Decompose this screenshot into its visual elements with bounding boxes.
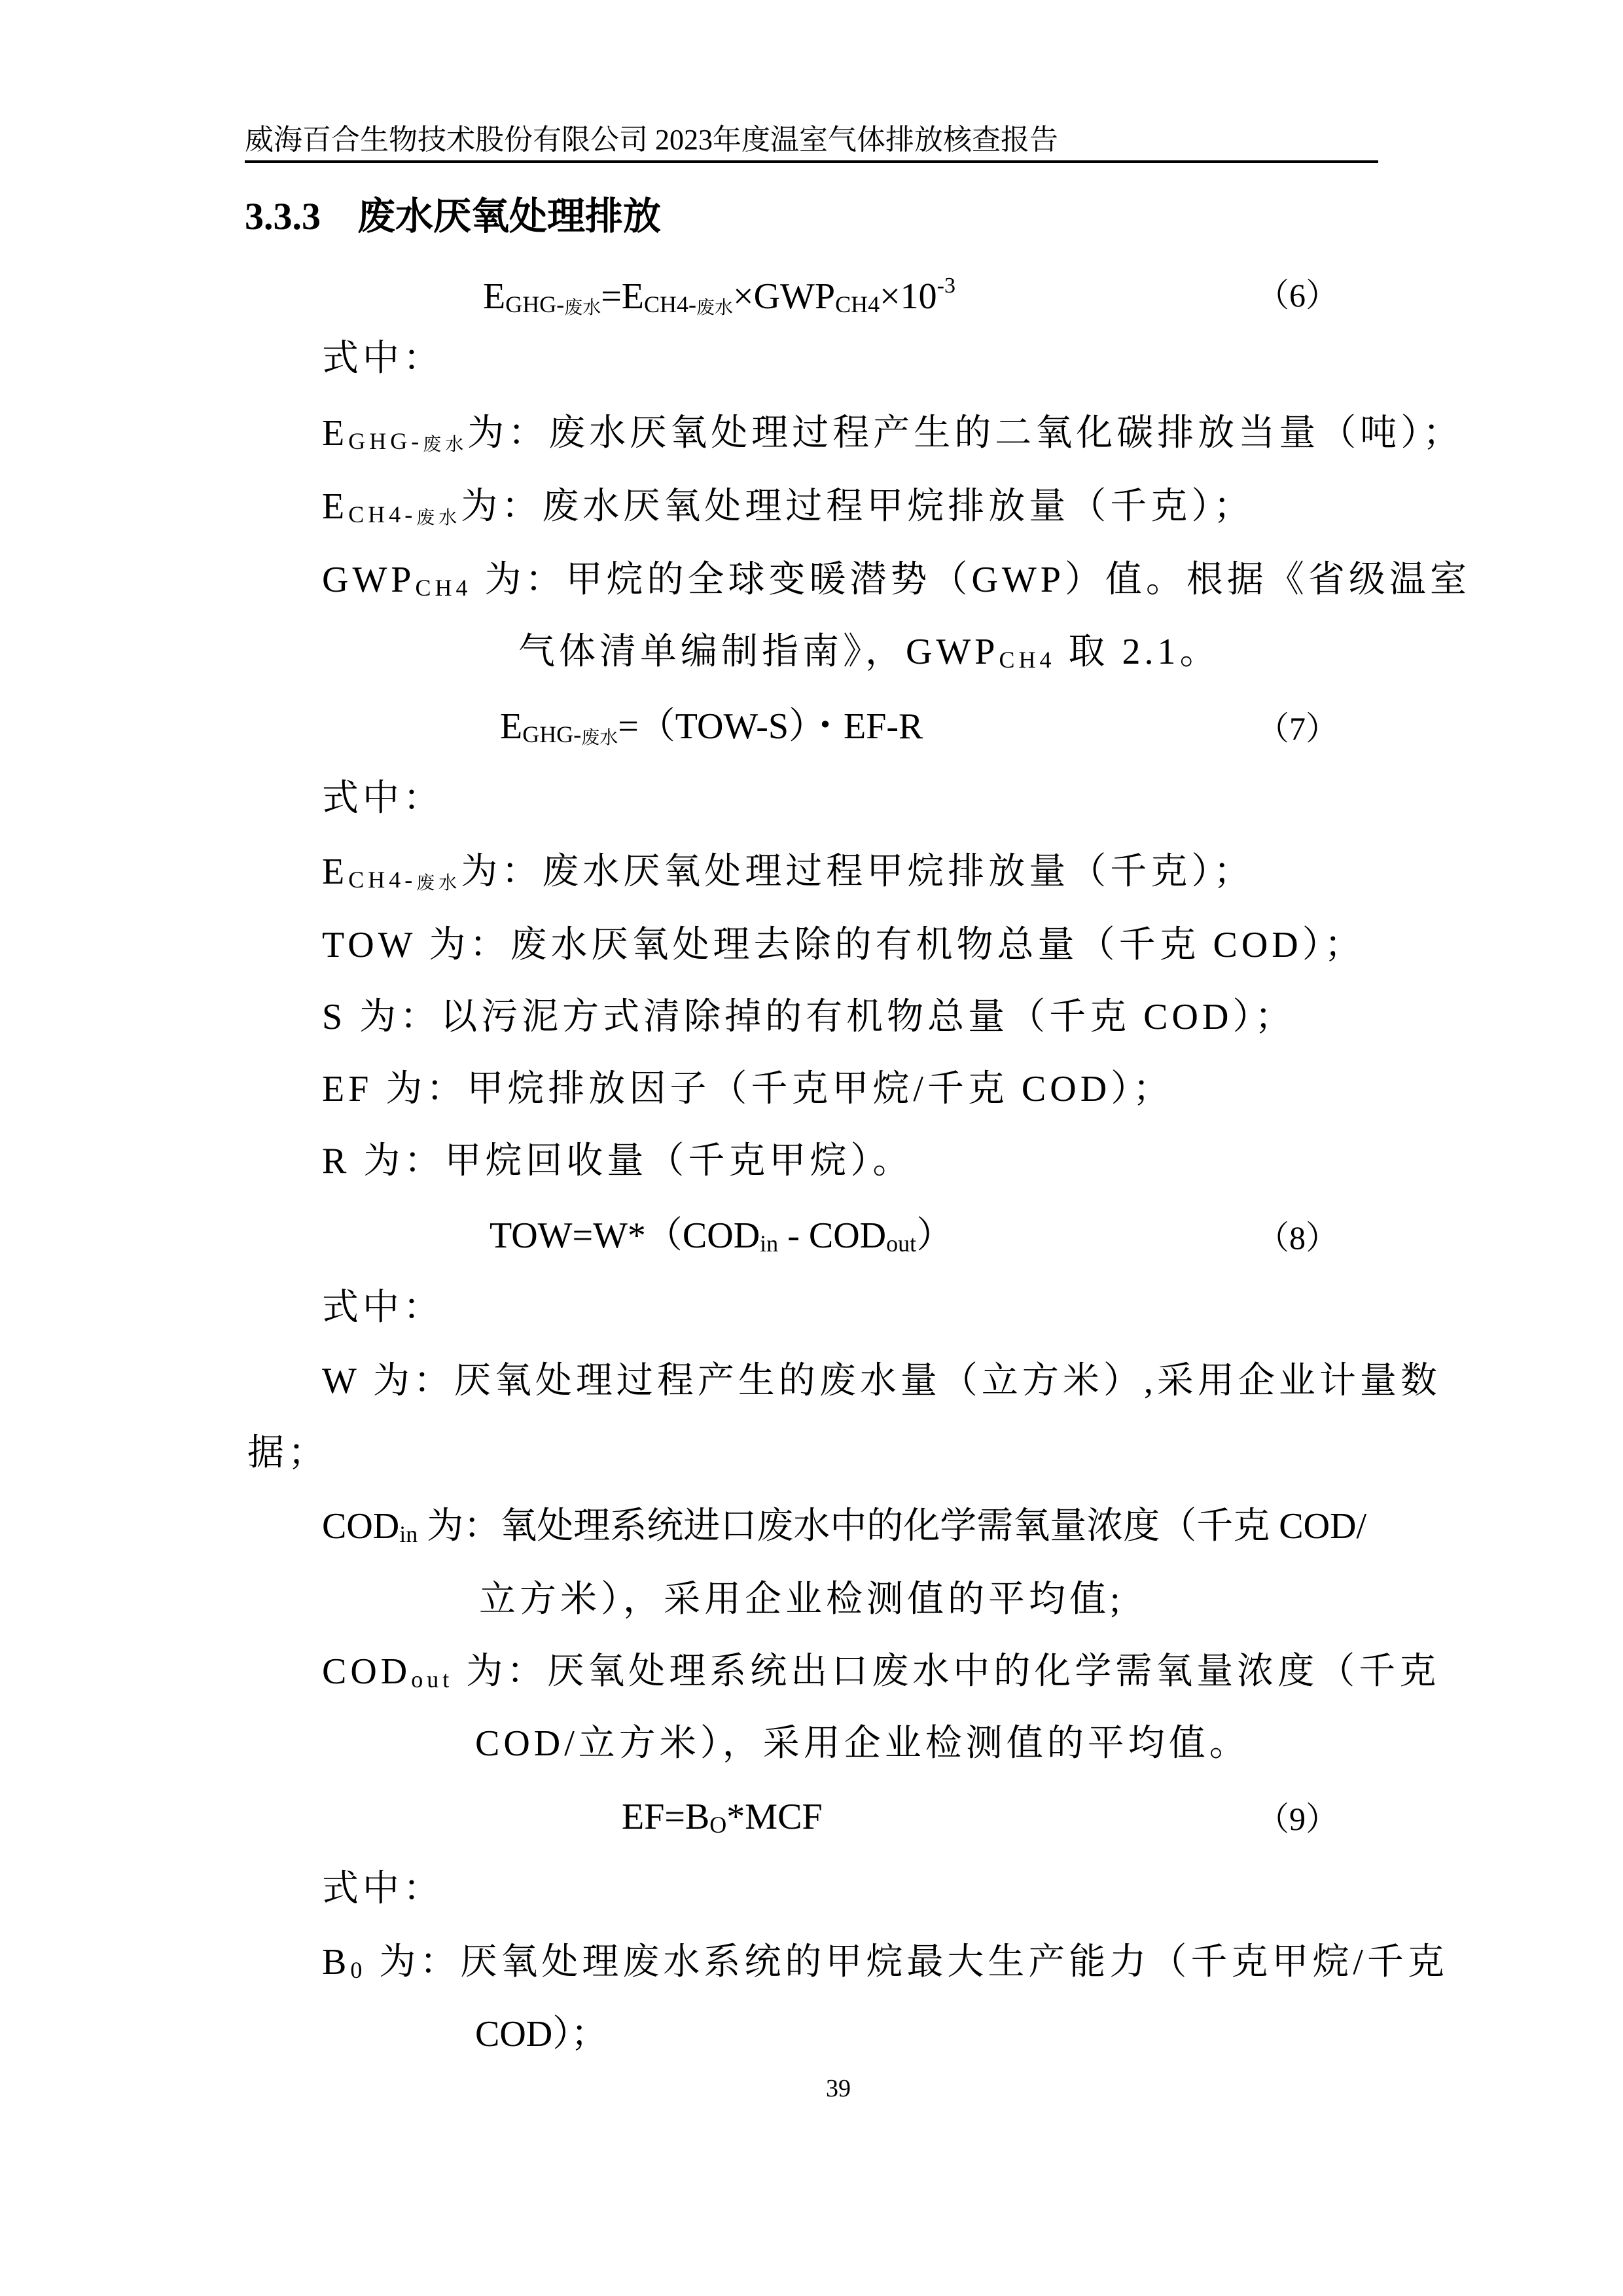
subscript: in	[760, 1230, 778, 1257]
superscript: -3	[937, 274, 955, 298]
formula-text: E	[483, 276, 505, 317]
section-title: 废水厌氧处理排放	[357, 195, 661, 238]
section-number: 3.3.3	[245, 195, 321, 238]
subscript: 0	[350, 1957, 366, 1983]
definition-b0: B0 为：厌氧处理废水系统的甲烷最大生产能力（千克甲烷/千克	[322, 1944, 1448, 1982]
definition-codin: CODin 为：氧处理系统进口废水中的化学需氧量浓度（千克 COD/	[322, 1508, 1366, 1546]
where-label: 式中：	[322, 1871, 444, 1907]
where-label: 式中：	[322, 1289, 444, 1326]
subscript: in	[399, 1521, 418, 1547]
definition-text: 气体清单编制指南》，GWP	[518, 632, 999, 672]
definition-text: 取 2.1。	[1055, 632, 1220, 672]
symbol: COD	[322, 1506, 399, 1547]
definition-eghg: EGHG-废水为：废水厌氧处理过程产生的二氧化碳排放当量（吨）；	[322, 415, 1463, 454]
where-label: 式中：	[322, 340, 444, 377]
definition-w: W 为：厌氧处理过程产生的废水量（立方米）,采用企业计量数	[322, 1363, 1441, 1399]
symbol: E	[322, 852, 348, 892]
symbol: E	[322, 486, 348, 527]
equation-number-8: （8）	[1257, 1221, 1338, 1254]
definition-text: 为：氧处理系统进口废水中的化学需氧量浓度（千克 COD/	[418, 1506, 1366, 1547]
subscript-cn: 废水	[416, 873, 461, 893]
definition-text: 为：废水厌氧处理过程甲烷排放量（千克）；	[461, 852, 1254, 892]
formula-text: ）	[916, 1215, 953, 1256]
symbol: GWP	[322, 560, 415, 600]
subscript: CH4	[835, 291, 880, 317]
formula-9: EF=BO*MCF	[622, 1799, 823, 1837]
symbol: E	[322, 413, 348, 454]
subscript: out	[886, 1230, 916, 1257]
subscript: CH4-	[348, 867, 416, 893]
formula-text: =E	[601, 276, 644, 317]
formula-text: TOW=W*（COD	[490, 1215, 760, 1256]
subscript: GHG-	[505, 291, 564, 317]
formula-6: EGHG-废水=ECH4-废水×GWPCH4×10-3	[483, 275, 955, 317]
definition-ef: EF 为：甲烷排放因子（千克甲烷/千克 COD）；	[322, 1071, 1173, 1107]
formula-text: EF=B	[622, 1797, 709, 1837]
formula-text: *MCF	[726, 1797, 822, 1837]
subscript: CH4-	[348, 501, 416, 528]
formula-text: - COD	[778, 1215, 886, 1256]
subscript-cn: 废水	[416, 508, 461, 528]
equation-number-9: （9）	[1257, 1803, 1338, 1835]
subscript-cn: 废水	[581, 728, 618, 748]
definition-text: 为：废水厌氧处理过程产生的二氧化碳排放当量（吨）；	[467, 413, 1463, 454]
subscript: CH4	[999, 647, 1055, 673]
equation-number-6: （6）	[1257, 279, 1338, 312]
subscript: GHG-	[522, 721, 581, 747]
definition-codout-continued: COD/立方米），采用企业检测值的平均值。	[475, 1725, 1250, 1762]
definition-ech4: ECH4-废水为：废水厌氧处理过程甲烷排放量（千克）；	[322, 853, 1254, 893]
subscript: O	[709, 1812, 726, 1838]
formula-8: TOW=W*（CODin - CODout）	[490, 1217, 953, 1255]
definition-b0-continued: COD）；	[475, 2016, 607, 2053]
subscript: GHG-	[348, 428, 423, 454]
subscript: out	[411, 1666, 453, 1693]
definition-ech4: ECH4-废水为：废水厌氧处理过程甲烷排放量（千克）；	[322, 488, 1254, 528]
symbol: COD	[322, 1651, 411, 1692]
definition-text: 为：废水厌氧处理过程甲烷排放量（千克）；	[461, 486, 1254, 527]
subscript: CH4-	[644, 291, 696, 317]
definition-codin-continued: 立方米），采用企业检测值的平均值;	[479, 1581, 1124, 1618]
formula-text: ×GWP	[733, 276, 835, 317]
definition-text: 为：厌氧处理废水系统的甲烷最大生产能力（千克甲烷/千克	[366, 1942, 1448, 1982]
definition-gwp: GWPCH4 为：甲烷的全球变暖潜势（GWP）值。根据《省级温室	[322, 562, 1471, 600]
subscript-cn: 废水	[423, 435, 467, 455]
formula-text: =（TOW-S）・EF-R	[618, 706, 923, 747]
definition-gwp-continued: 气体清单编制指南》，GWPCH4 取 2.1。	[518, 634, 1220, 672]
formula-text: ×10	[880, 276, 937, 317]
definition-codout: CODout 为：厌氧处理系统出口废水中的化学需氧量浓度（千克	[322, 1653, 1440, 1691]
formula-text: E	[500, 706, 522, 747]
section-heading: 3.3.3废水厌氧处理排放	[245, 198, 661, 236]
subscript-cn: 废水	[564, 298, 601, 318]
definition-s: S 为：以污泥方式清除掉的有机物总量（千克 COD）；	[322, 999, 1295, 1035]
definition-text: 为：甲烷的全球变暖潜势（GWP）值。根据《省级温室	[471, 560, 1470, 600]
definition-text: 为：厌氧处理系统出口废水中的化学需氧量浓度（千克	[453, 1651, 1440, 1692]
header-rule	[245, 160, 1378, 163]
definition-w-continued: 据；	[247, 1435, 329, 1471]
equation-number-7: （7）	[1257, 712, 1338, 745]
running-header: 威海百合生物技术股份有限公司 2023年度温室气体排放核查报告	[245, 126, 1058, 154]
formula-7: EGHG-废水=（TOW-S）・EF-R	[500, 708, 923, 747]
definition-r: R 为：甲烷回收量（千克甲烷）。	[322, 1143, 913, 1179]
definition-tow: TOW 为：废水厌氧处理去除的有机物总量（千克 COD）；	[322, 927, 1365, 963]
subscript: CH4	[415, 575, 471, 601]
where-label: 式中：	[322, 780, 444, 817]
subscript-cn: 废水	[696, 298, 733, 318]
page-number: 39	[826, 2076, 851, 2101]
symbol: B	[322, 1942, 350, 1982]
